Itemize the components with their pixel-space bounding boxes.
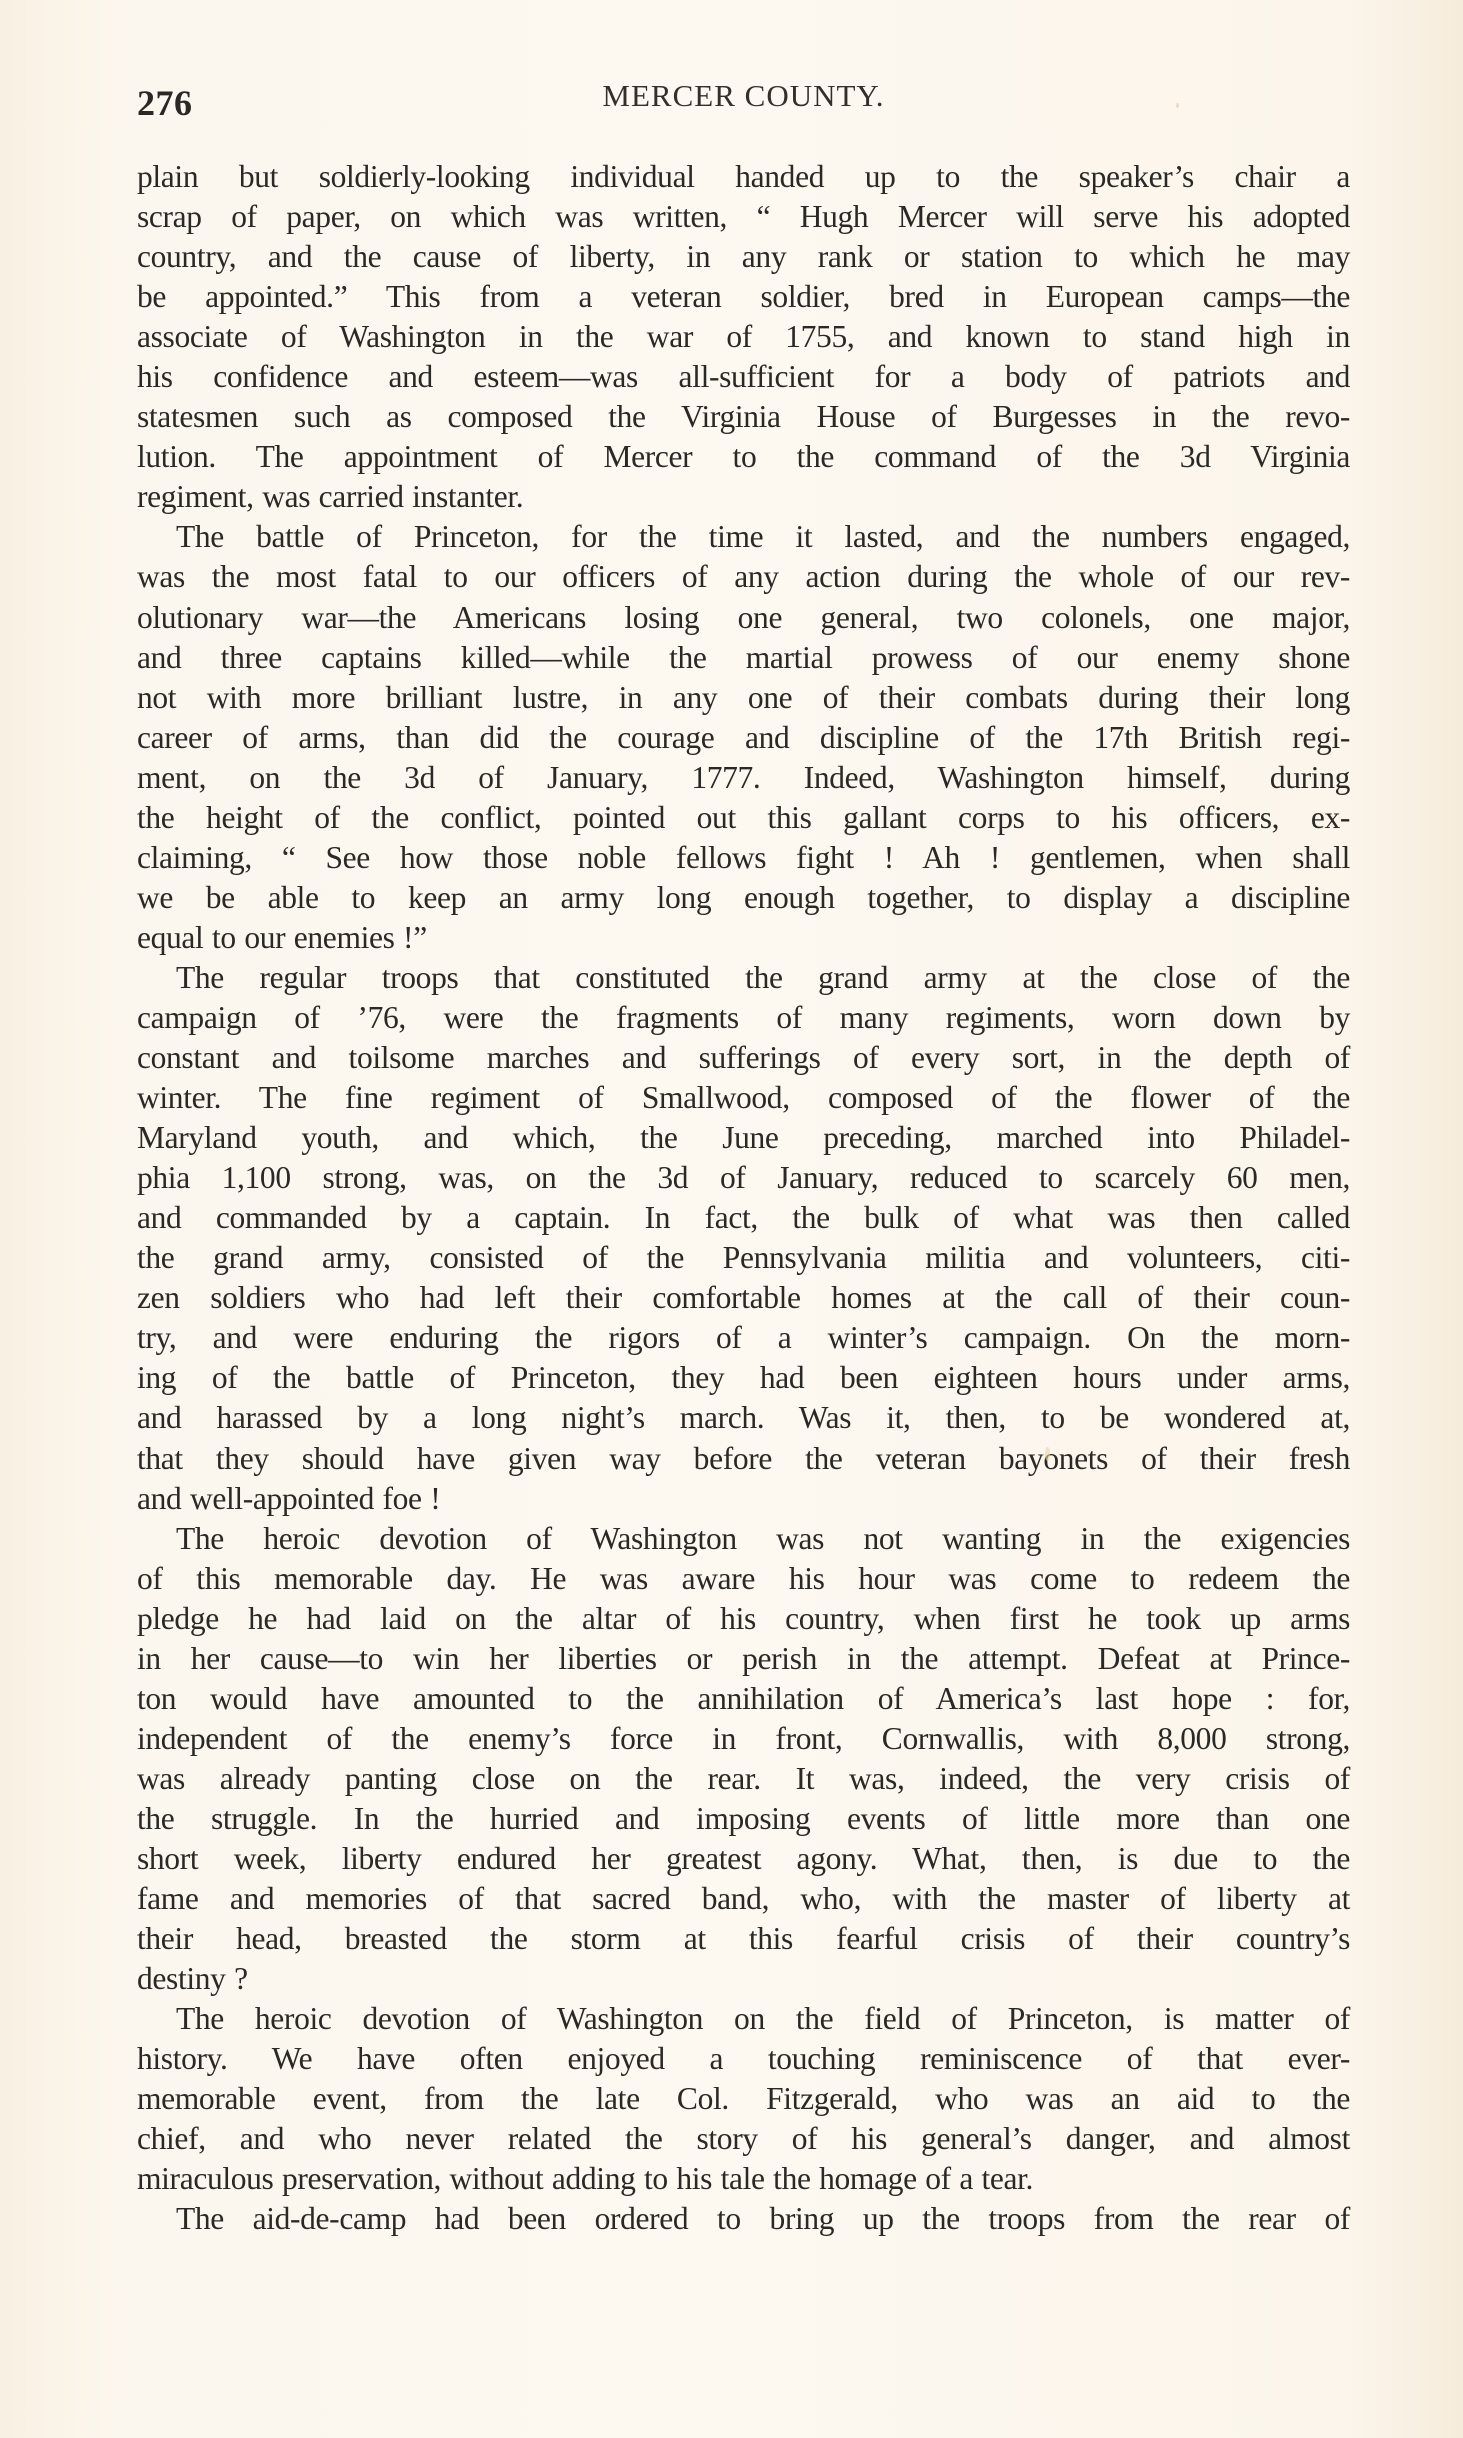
paragraph: The regular troops that constituted the … (137, 958, 1350, 1519)
text-line: career of arms, than did the courage and… (137, 718, 1350, 758)
text-line: regiment, was carried instanter. (137, 477, 1350, 517)
text-line: campaign of ’76, were the fragments of m… (137, 998, 1350, 1038)
text-line: pledge he had laid on the altar of his c… (137, 1599, 1350, 1639)
text-line: history. We have often enjoyed a touchin… (137, 2039, 1350, 2079)
paper-speck (1176, 103, 1179, 108)
text-line: and three captains killed—while the mart… (137, 638, 1350, 678)
paragraph: The aid-de-camp had been ordered to brin… (137, 2199, 1350, 2239)
text-line: constant and toilsome marches and suffer… (137, 1038, 1350, 1078)
text-line: and harassed by a long night’s march. Wa… (137, 1398, 1350, 1438)
text-line: statesmen such as composed the Virginia … (137, 397, 1350, 437)
text-line: The battle of Princeton, for the time it… (137, 517, 1350, 557)
text-line: The regular troops that constituted the … (137, 958, 1350, 998)
text-line: destiny ? (137, 1959, 1350, 1999)
running-title: MERCER COUNTY. (137, 78, 1350, 114)
text-line: equal to our enemies !” (137, 918, 1350, 958)
text-line: we be able to keep an army long enough t… (137, 878, 1350, 918)
text-line: of this memorable day. He was aware his … (137, 1559, 1350, 1599)
text-line: The heroic devotion of Washington was no… (137, 1519, 1350, 1559)
text-line: miraculous preservation, without adding … (137, 2159, 1350, 2199)
text-line: claiming, “ See how those noble fellows … (137, 838, 1350, 878)
text-line: The heroic devotion of Washington on the… (137, 1999, 1350, 2039)
paragraph: The battle of Princeton, for the time it… (137, 517, 1350, 958)
text-line: the struggle. In the hurried and imposin… (137, 1799, 1350, 1839)
text-line: ton would have amounted to the annihilat… (137, 1679, 1350, 1719)
text-line: was already panting close on the rear. I… (137, 1759, 1350, 1799)
text-line: Maryland youth, and which, the June prec… (137, 1118, 1350, 1158)
paragraph: The heroic devotion of Washington on the… (137, 1999, 1350, 2199)
text-line: and commanded by a captain. In fact, the… (137, 1198, 1350, 1238)
body-text: plain but soldierly-looking individual h… (137, 157, 1350, 2239)
text-line: lution. The appointment of Mercer to the… (137, 437, 1350, 477)
text-line: chief, and who never related the story o… (137, 2119, 1350, 2159)
text-line: his confidence and esteem—was all-suffic… (137, 357, 1350, 397)
text-line: their head, breasted the storm at this f… (137, 1919, 1350, 1959)
paper-speck (1045, 1447, 1050, 1461)
text-line: fame and memories of that sacred band, w… (137, 1879, 1350, 1919)
text-line: associate of Washington in the war of 17… (137, 317, 1350, 357)
text-line: try, and were enduring the rigors of a w… (137, 1318, 1350, 1358)
text-line: winter. The fine regiment of Smallwood, … (137, 1078, 1350, 1118)
text-line: and well-appointed foe ! (137, 1479, 1350, 1519)
text-line: ment, on the 3d of January, 1777. Indeed… (137, 758, 1350, 798)
text-line: zen soldiers who had left their comforta… (137, 1278, 1350, 1318)
text-line: that they should have given way before t… (137, 1439, 1350, 1479)
running-head: 276 MERCER COUNTY. (137, 78, 1350, 128)
paragraph: plain but soldierly-looking individual h… (137, 157, 1350, 517)
text-line: short week, liberty endured her greatest… (137, 1839, 1350, 1879)
text-line: phia 1,100 strong, was, on the 3d of Jan… (137, 1158, 1350, 1198)
text-line: scrap of paper, on which was written, “ … (137, 197, 1350, 237)
book-page: 276 MERCER COUNTY. plain but soldierly-l… (0, 0, 1463, 2438)
text-line: the height of the conflict, pointed out … (137, 798, 1350, 838)
text-line: be appointed.” This from a veteran soldi… (137, 277, 1350, 317)
paragraph: The heroic devotion of Washington was no… (137, 1519, 1350, 2000)
text-line: The aid-de-camp had been ordered to brin… (137, 2199, 1350, 2239)
text-line: plain but soldierly-looking individual h… (137, 157, 1350, 197)
text-line: olutionary war—the Americans losing one … (137, 598, 1350, 638)
text-line: the grand army, consisted of the Pennsyl… (137, 1238, 1350, 1278)
text-line: was the most fatal to our officers of an… (137, 557, 1350, 597)
text-line: independent of the enemy’s force in fron… (137, 1719, 1350, 1759)
text-line: in her cause—to win her liberties or per… (137, 1639, 1350, 1679)
text-line: memorable event, from the late Col. Fitz… (137, 2079, 1350, 2119)
text-line: country, and the cause of liberty, in an… (137, 237, 1350, 277)
text-line: not with more brilliant lustre, in any o… (137, 678, 1350, 718)
text-line: ing of the battle of Princeton, they had… (137, 1358, 1350, 1398)
